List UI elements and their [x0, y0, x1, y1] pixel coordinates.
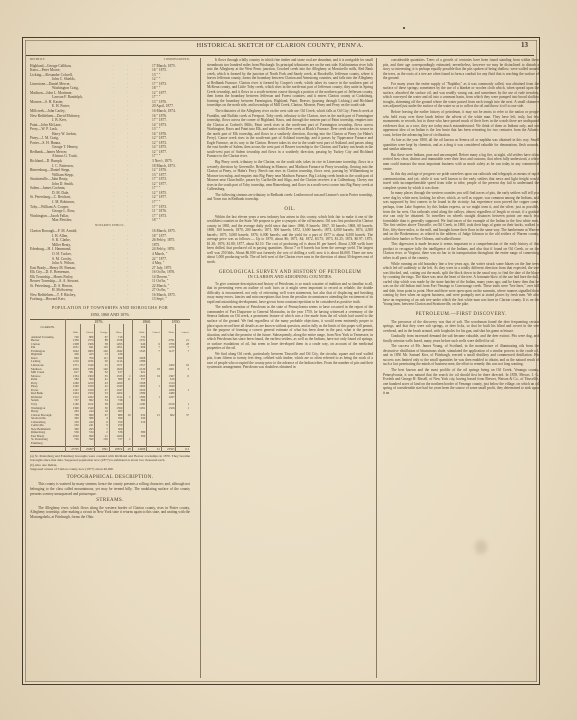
total-value: 28	[124, 446, 132, 452]
population-subtitle: 1850, 1860 AND 1876.	[30, 313, 190, 318]
paragraph: Within the last eleven years a new indus…	[207, 215, 373, 265]
page-number: 13	[521, 41, 528, 49]
sub-header: White.	[132, 324, 147, 336]
paragraph: In this day and age of progress we pride…	[383, 172, 539, 190]
justices-list: Highland—George Callihan,· · ·17 March, …	[30, 64, 190, 223]
justices-list-header: DISTRICT. COMMISSIONED.	[30, 58, 190, 63]
page-title: HISTORICAL SKETCH OF CLARION COUNTY, PEN…	[26, 42, 534, 49]
total-value: 23565	[161, 446, 176, 452]
petroleum-title: PETROLEUM.—FIRST DISCOVERY.	[383, 313, 539, 318]
total-value: 61	[147, 446, 162, 452]
paragraph: It flows through a hilly country in whic…	[207, 58, 373, 108]
streams-continued: It flows through a hilly country in whic…	[207, 58, 373, 202]
right-column: considerable quantities. Trees of a grow…	[376, 58, 539, 678]
paragraph: Before leaving the earlier history of pe…	[383, 110, 539, 137]
sub-header: Foreign.	[95, 324, 109, 336]
leader-dots: · · ·	[113, 297, 148, 302]
paragraph: As late as the year 1800, all the oil kn…	[383, 138, 539, 152]
document-page: HISTORICAL SKETCH OF CLARION COUNTY, PEN…	[0, 0, 577, 720]
paper-stain	[475, 540, 487, 554]
commissioned-column-header: COMMISSIONED.	[164, 58, 190, 63]
total-value: 27705	[66, 446, 81, 452]
total-value: 1891	[95, 446, 109, 452]
sub-header: Native.	[109, 324, 124, 336]
footnote: Supposed census of Clarion county now (1…	[30, 467, 190, 471]
geological-section: To give a minute description and history…	[207, 282, 373, 370]
total-value: 25967	[80, 446, 95, 452]
topographical-text: This county is watered by many streams; …	[30, 482, 190, 496]
sub-header: Colored.	[176, 324, 190, 336]
topographical-title: TOPOGRAPHICAL DESCRIPTION.	[30, 476, 190, 481]
sub-header: Colored.	[80, 324, 95, 336]
total-value: 26874	[109, 446, 124, 452]
paragraph: We find along Oil creek, particularly be…	[207, 352, 373, 370]
petroleum-section: The precursor of the discovery was that …	[383, 320, 539, 396]
oil-section: Within the last eleven years a new indus…	[207, 215, 373, 265]
population-notes: (a) St. Petersburg and Edenburg boroughs…	[30, 454, 190, 471]
oil-title: OIL.	[207, 208, 373, 213]
middle-column: It flows through a hilly country in whic…	[200, 58, 373, 678]
population-title: POPULATION OF TOWNSHIPS AND BOROUGHS FOR	[30, 306, 190, 311]
district-column-header: DISTRICT.	[30, 58, 46, 63]
commission-date: 13 Sep'r, "	[152, 297, 190, 302]
paragraph: The earliest mention of Petroleum in the…	[207, 305, 373, 350]
total-value: 24988	[132, 446, 147, 452]
totals-row: 277052596718912687428249886123565113	[30, 446, 190, 452]
ink-dot	[403, 27, 405, 29]
notaries-list: Clarion Borough—F. M. Arnold,· · ·16 Mar…	[30, 229, 190, 302]
paragraph: This digression is made because it seems…	[383, 242, 539, 260]
streams-title: STREAMS.	[30, 499, 190, 504]
total-value: 113	[176, 446, 190, 452]
paragraph: The best known and the most prolific of …	[383, 368, 539, 395]
left-column: DISTRICT. COMMISSIONED. Highland—George …	[30, 58, 190, 520]
paragraph: But these were Indians, pure and uncorru…	[383, 153, 539, 171]
notaries-title: NOTARIES PUBLIC.	[30, 224, 190, 229]
list-item: Foxburg—Howard Kerr,· · ·13 Sep'r, "	[30, 297, 190, 302]
sub-header: White.	[161, 324, 176, 336]
sub-header	[124, 324, 132, 336]
paragraph: In many places through the western count…	[383, 191, 539, 241]
streams-text: The Allegheny river, which flows along t…	[30, 506, 190, 520]
county-label: CLARION.	[30, 320, 66, 336]
paragraph: Gradually from increased demand the salt…	[383, 334, 539, 343]
paragraph: While running an old boundary line a few…	[383, 262, 539, 307]
running-header: HISTORICAL SKETCH OF CLARION COUNTY, PEN…	[26, 40, 534, 56]
person-name: Max Fletcher,	[30, 218, 113, 223]
totals-label	[30, 446, 66, 452]
paragraph: The precursor of the discovery was that …	[383, 320, 539, 334]
commission-date: 18 " "	[152, 218, 190, 223]
footnote: (a) St. Petersburg and Edenburg boroughs…	[30, 454, 190, 462]
paragraph: The success of Mr. James Young, of Scotl…	[383, 344, 539, 367]
sub-header: Colored.	[147, 324, 162, 336]
geological-subtitle: IN CLARION AND ADJOINING COUNTIES.	[207, 275, 373, 280]
population-table: CLARION. 1876. 1860. 1850. White. Colore…	[30, 319, 190, 452]
paragraph: The following streams are tributary to R…	[207, 193, 373, 202]
paragraph: To give a minute description and history…	[207, 282, 373, 305]
sub-header: White.	[66, 324, 81, 336]
paragraph: Big Piney creek, tributary to the Clario…	[207, 160, 373, 192]
paragraph: For many years the entire supply of "Nap…	[383, 82, 539, 109]
history-continued: considerable quantities. Trees of a grow…	[383, 58, 539, 307]
paragraph: The tributaries of the Allegheny river o…	[207, 109, 373, 159]
list-item: Max Fletcher,· · ·18 " "	[30, 218, 190, 223]
leader-dots: · · ·	[113, 218, 148, 223]
paragraph: considerable quantities. Trees of a grow…	[383, 58, 539, 81]
person-name: Foxburg—Howard Kerr,	[30, 297, 113, 302]
